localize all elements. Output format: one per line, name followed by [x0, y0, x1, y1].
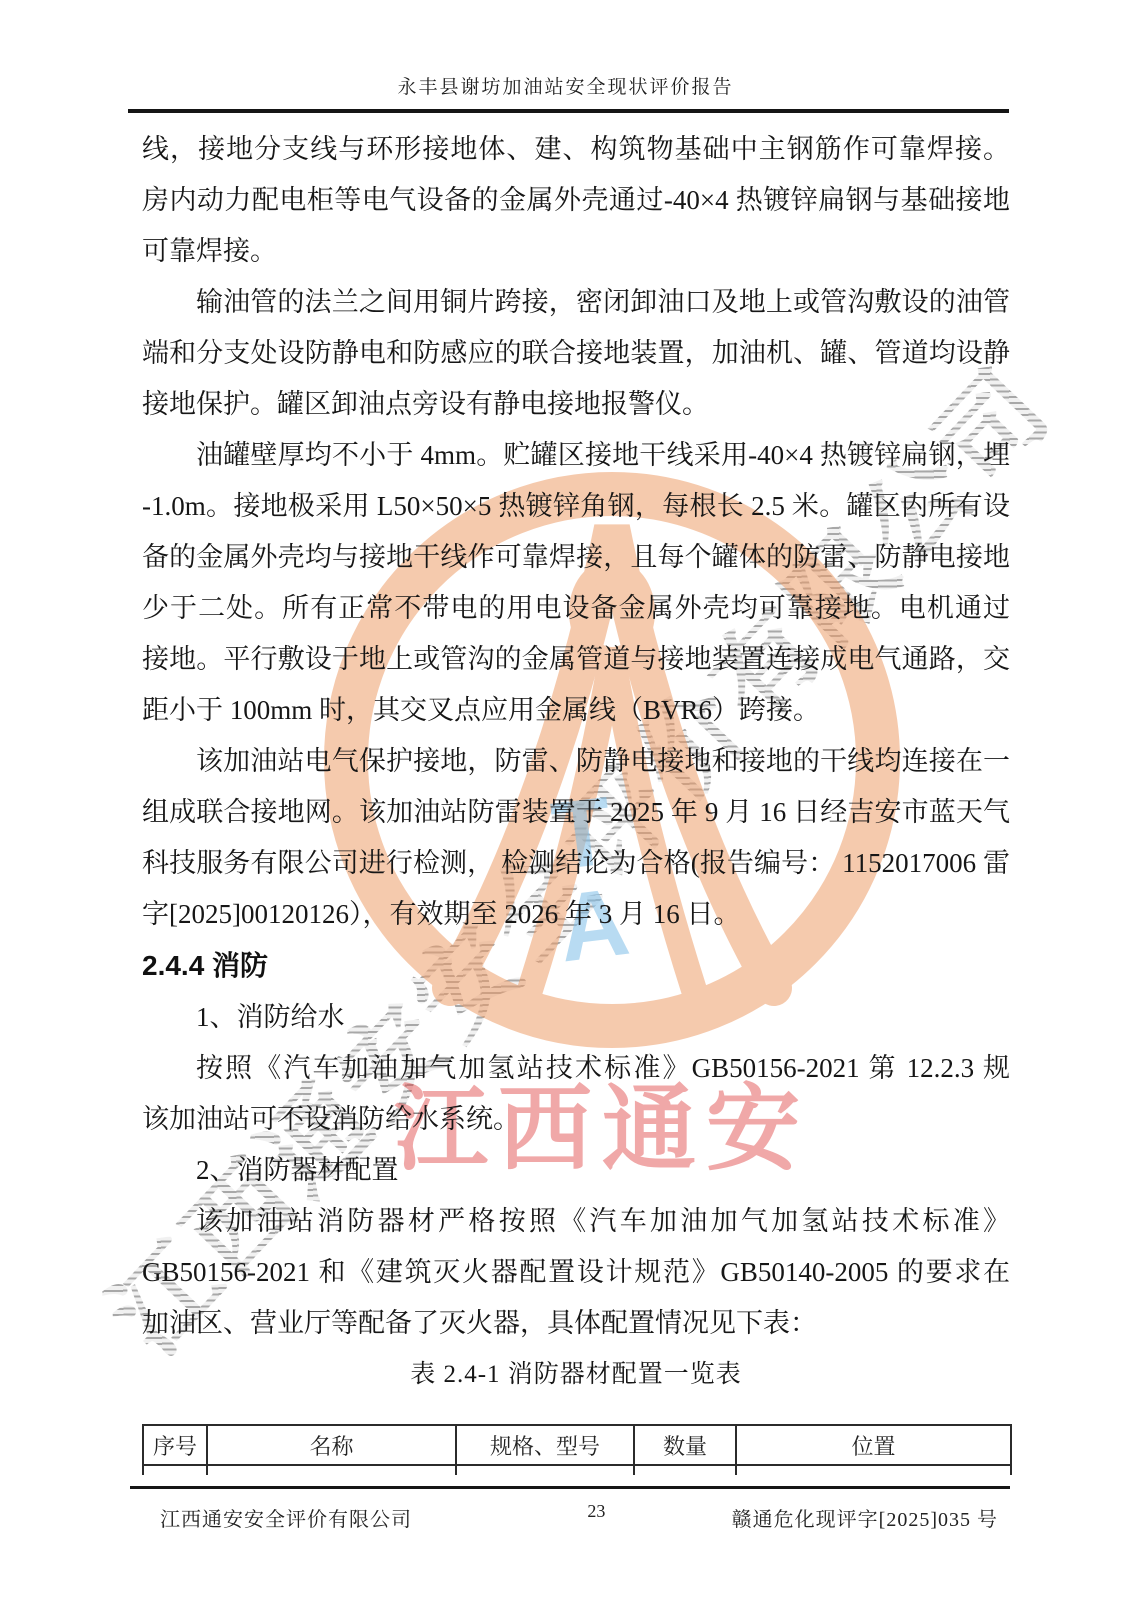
footer-page-number: 23: [587, 1501, 605, 1522]
column-header-quantity: 数量: [634, 1425, 736, 1465]
body-line: 2、消防器材配置: [142, 1145, 1010, 1196]
column-header-name: 名称: [207, 1425, 456, 1465]
body-line: 接地保护。罐区卸油点旁设有静电接地报警仪。: [142, 379, 1010, 430]
body-line: 该加油站消防器材严格按照《汽车加油加气加氢站技术标准》: [142, 1196, 1010, 1247]
column-header-spec: 规格、型号: [456, 1425, 634, 1465]
table-caption: 表 2.4-1 消防器材配置一览表: [142, 1349, 1010, 1401]
body-line: 该加油站电气保护接地，防雷、防静电接地和接地的干线均连接在一起，: [142, 736, 1010, 787]
page-footer: 江西通安安全评价有限公司 23 赣通危化现评字[2025]035 号: [130, 1497, 1010, 1533]
body-line: GB50156-2021 和《建筑灭火器配置设计规范》GB50140-2005 …: [142, 1247, 1010, 1298]
body-line: 端和分支处设防静电和防感应的联合接地装置，加油机、罐、管道均设静电: [142, 328, 1010, 379]
body-line: 1、消防给水: [142, 992, 1010, 1043]
column-header-serial: 序号: [143, 1425, 207, 1465]
body-line: 接地。平行敷设于地上或管沟的金属管道与接地装置连接成电气通路，交叉点净: [142, 634, 1010, 685]
body-line: 房内动力配电柜等电气设备的金属外壳通过-40×4 热镀锌扁钢与基础接地装置: [142, 175, 1010, 226]
header-rule: [128, 109, 1009, 113]
body-line: 输油管的法兰之间用铜片跨接，密闭卸油口及地上或管沟敷设的油管末: [142, 277, 1010, 328]
body-line: 组成联合接地网。该加油站防雷装置于 2025 年 9 月 16 日经吉安市蓝天气…: [142, 787, 1010, 838]
document-content: 永丰县谢坊加油站安全现状评价报告 线，接地分支线与环形接地体、建、构筑物基础中主…: [0, 0, 1131, 1600]
body-line: -1.0m。接地极采用 L50×50×5 热镀锌角钢，每根长 2.5 米。罐区内…: [142, 481, 1010, 532]
body-line: 油罐壁厚均不小于 4mm。贮罐区接地干线采用-40×4 热镀锌扁钢，埋: [142, 430, 1010, 481]
footer-company: 江西通安安全评价有限公司: [160, 1503, 412, 1532]
footer-rule: [130, 1486, 1010, 1489]
body-line: 科技服务有限公司进行检测， 检测结论为合格(报告编号： 1152017006 雷…: [142, 838, 1010, 889]
footer-doc-number: 赣通危化现评字[2025]035 号: [732, 1503, 998, 1532]
body-line: 按照《汽车加油加气加氢站技术标准》GB50156-2021 第 12.2.3 规…: [142, 1043, 1010, 1094]
body-line: 线，接地分支线与环形接地体、建、构筑物基础中主钢筋作可靠焊接。103 站: [142, 124, 1010, 175]
body-line: 少于二处。所有正常不带电的用电设备金属外壳均可靠接地。电机通过 PE 线: [142, 583, 1010, 634]
page-header-title: 永丰县谢坊加油站安全现状评价报告: [0, 72, 1131, 99]
column-header-location: 位置: [736, 1425, 1011, 1465]
body-line: 该加油站可不设消防给水系统。: [142, 1094, 1010, 1145]
body-line: 字[2025]00120126），有效期至 2026 年 3 月 16 日。: [142, 889, 1010, 940]
document-page: 江西通安安全评价有限公司 TA 江西通安 永丰县谢坊加油站安全现状评价报告 线，…: [0, 0, 1131, 1600]
section-heading: 2.4.4 消防: [142, 940, 1010, 992]
body-line: 加油区、营业厅等配备了灭火器，具体配置情况见下表：: [142, 1298, 1010, 1349]
table-row: [143, 1465, 1011, 1475]
body-line: 备的金属外壳均与接地干线作可靠焊接，且每个罐体的防雷、防静电接地点不: [142, 532, 1010, 583]
fire-equipment-table: 序号 名称 规格、型号 数量 位置: [142, 1424, 1012, 1475]
body-line: 距小于 100mm 时，其交叉点应用金属线（BVR6）跨接。: [142, 685, 1010, 736]
body-line: 可靠焊接。: [142, 226, 1010, 277]
table-header-row: 序号 名称 规格、型号 数量 位置: [143, 1425, 1011, 1465]
body-text: 线，接地分支线与环形接地体、建、构筑物基础中主钢筋作可靠焊接。103 站 房内动…: [142, 124, 1010, 1475]
